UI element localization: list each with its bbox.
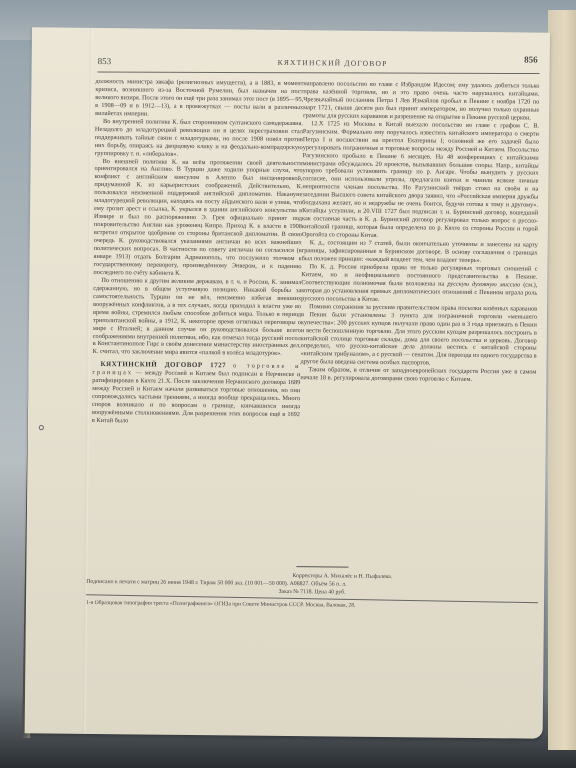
entry-paragraph: КЯХТИНСКИЙ ДОГОВОР 1727 о торговле и гра… [92, 361, 301, 427]
page-number-right: 856 [524, 54, 538, 64]
paragraph: 12.X 1725 из Москвы в Китай выехало посо… [302, 120, 539, 242]
entry-text: — между Россией и Китаем был подписан в … [92, 370, 301, 425]
book-page: 853 КЯХТИНСКИЙ ДОГОВОР 856 должность мин… [25, 27, 550, 738]
paragraph: По К. д. Россия приобрела права не тольк… [301, 263, 537, 305]
paragraph: должность министра эвкафа (религиозных и… [95, 78, 303, 120]
header-rule [98, 72, 540, 75]
entry-title: КЯХТИНСКИЙ ДОГОВОР 1727 [100, 360, 226, 369]
paragraph: К. д., состоящим из 7 статей, были оконч… [302, 239, 538, 265]
left-column: должность министра эвкафа (религиозных и… [92, 78, 304, 427]
next-page-edge [548, 10, 576, 750]
running-head-title: КЯХТИНСКИЙ ДОГОВОР [278, 58, 388, 68]
imprint-rule [296, 566, 348, 568]
running-head: 853 КЯХТИНСКИЙ ДОГОВОР 856 [98, 54, 538, 73]
paragraph: Во внутренней политике К. был стороннико… [95, 118, 303, 160]
paragraph: По отношению к другим великим державам, … [93, 277, 302, 359]
paragraph: направлено посольство во главе с Избранд… [303, 80, 539, 122]
imprint-block: Корректоры А. Михалёс и Н. Пыфалева. Под… [86, 570, 538, 612]
right-column: направлено посольство во главе с Избранд… [300, 80, 539, 385]
paragraph: Во внешней политике К. на всём протяжени… [93, 157, 302, 278]
cross-reference-link: русскую духовную миссию [447, 280, 520, 288]
paragraph: Помимо сохранения за русским правительст… [300, 303, 537, 369]
paragraph: Таким образом, в отличие от западноевроп… [300, 366, 536, 384]
page-number-left: 853 [98, 56, 112, 66]
